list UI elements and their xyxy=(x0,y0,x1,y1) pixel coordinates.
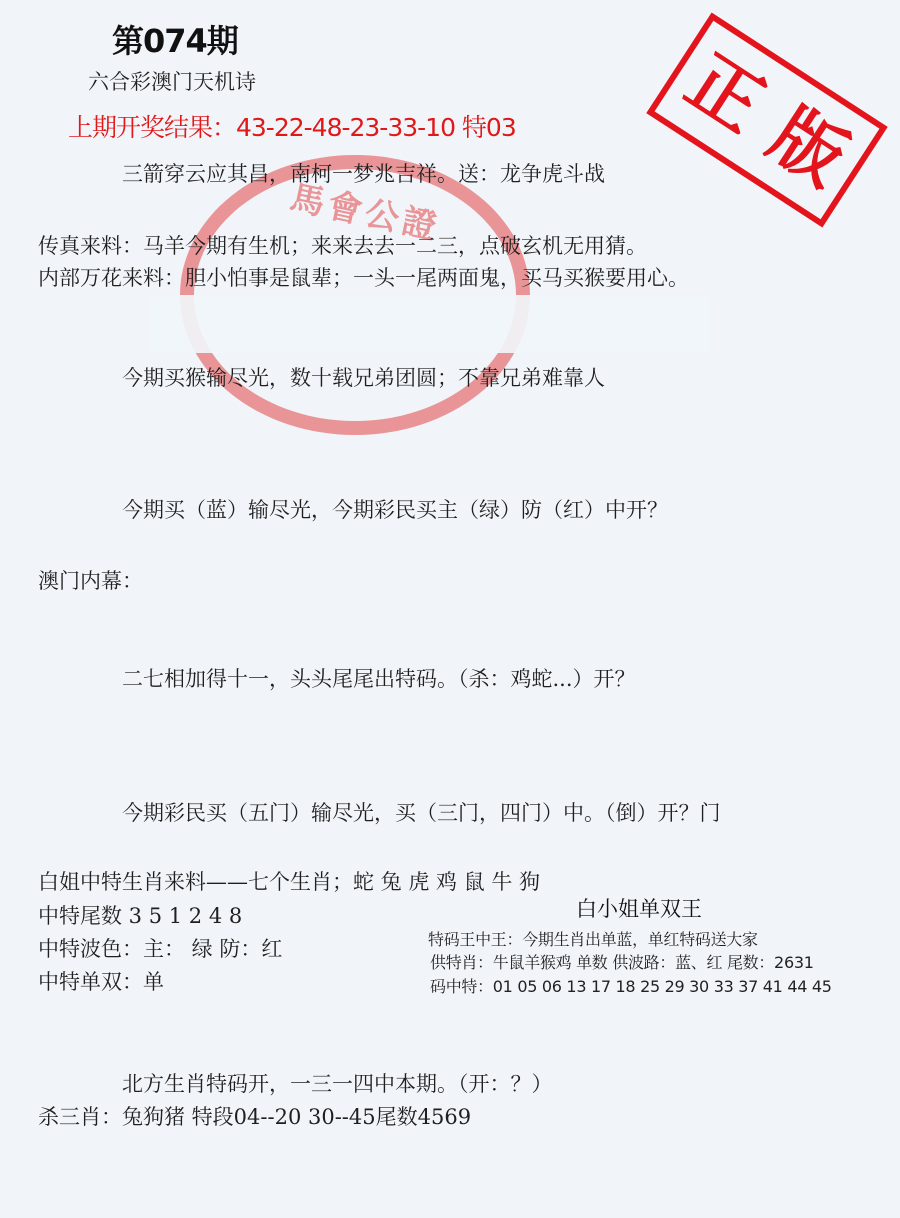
white-sister-wave: 中特波色：主： 绿 防：红 xyxy=(38,933,282,963)
box-line-1: 特码王中王：今期生肖出单蓝，单红特码送大家 xyxy=(428,927,758,950)
internal-material: 内部万花来料：胆小怕事是鼠辈；一头一尾两面鬼，买马买猴要用心。 xyxy=(38,262,689,292)
white-sister-zodiac: 白姐中特生肖来料——七个生肖；蛇 兔 虎 鸡 鼠 牛 狗 xyxy=(38,866,540,896)
door-line: 今期彩民买（五门）输尽光，买（三门，四门）中。（倒）开？门 xyxy=(122,797,721,827)
stamp-char-1: 正 xyxy=(676,43,776,143)
box-line-2: 供特肖：牛鼠羊猴鸡 单数 供波路：蓝、红 尾数：2631 xyxy=(430,950,814,973)
blurred-band xyxy=(150,295,710,353)
subtitle: 六合彩澳门天机诗 xyxy=(88,66,256,96)
box-title: 白小姐单双王 xyxy=(576,893,702,923)
last-draw-result: 上期开奖结果：43-22-48-23-33-10 特03 xyxy=(68,108,516,144)
white-sister-tail: 中特尾数 3 5 1 2 4 8 xyxy=(38,900,242,930)
north-line: 北方生肖特码开，一三一四中本期。（开：？） xyxy=(122,1068,553,1098)
sum-line: 二七相加得十一，头头尾尾出特码。（杀：鸡蛇...）开？ xyxy=(122,663,636,693)
stamp-char-2: 版 xyxy=(759,97,859,197)
monkey-line: 今期买猴输尽光，数十载兄弟团圆；不靠兄弟难靠人 xyxy=(122,362,605,392)
white-sister-odd-even: 中特单双：单 xyxy=(38,966,164,996)
authentic-stamp: 正 版 xyxy=(646,12,887,227)
fax-material: 传真来料：马羊今期有生机；来来去去一二三，点破玄机无用猜。 xyxy=(38,230,647,260)
poem-line: 三箭穿云应其昌，南柯一梦兆吉祥。送：龙争虎斗战 xyxy=(122,158,605,188)
kill-line: 杀三肖：兔狗猪 特段04--20 30--45尾数4569 xyxy=(38,1101,471,1131)
macau-inside-label: 澳门内幕： xyxy=(38,565,143,595)
box-line-3: 码中特：01 05 06 13 17 18 25 29 30 33 37 41 … xyxy=(430,974,832,997)
color-line: 今期买（蓝）输尽光，今期彩民买主（绿）防（红）中开？ xyxy=(122,494,668,524)
issue-number: 第074期 xyxy=(112,16,238,62)
